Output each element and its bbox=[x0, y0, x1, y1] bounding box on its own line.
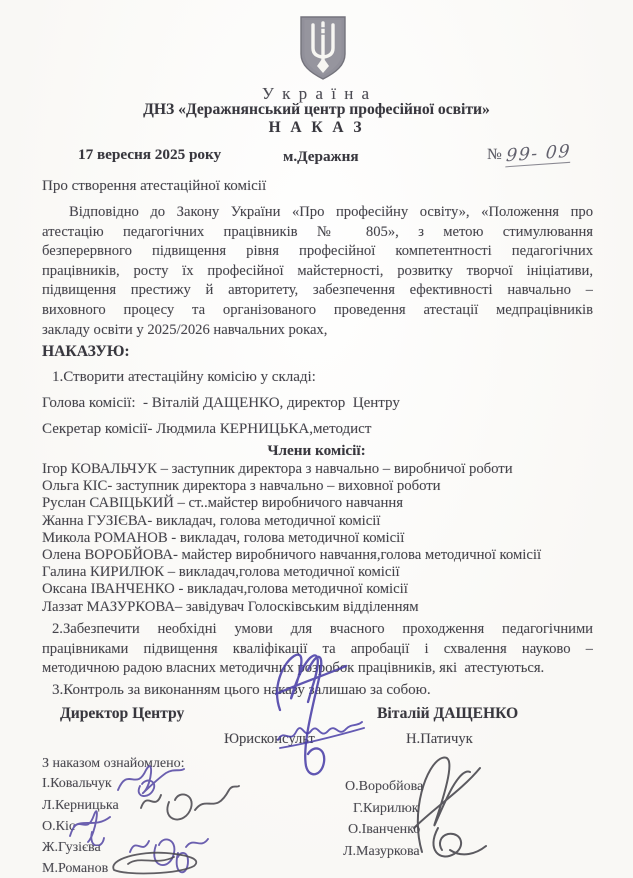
huzieva-signature bbox=[122, 826, 212, 874]
ack-name: М.Романов bbox=[42, 861, 108, 877]
commission-secretary-line: Секретар комісії- Людмила КЕРНИЦЬКА,мето… bbox=[42, 421, 371, 438]
order-item-3: 3.Контроль за виконанням цього наказу за… bbox=[42, 682, 431, 699]
item2-line: 2.Забезпечити необхідні умови для вчасно… bbox=[42, 620, 593, 640]
preamble-line: безперервного підвищення рівня професійн… bbox=[42, 242, 593, 262]
members-list: Ігор КОВАЛЬЧУК – заступник директора з н… bbox=[42, 461, 602, 616]
resolve-word: НАКАЗУЮ: bbox=[42, 343, 130, 361]
document-city: м.Деражня bbox=[283, 148, 359, 166]
item2-line: методичною радою власних методичних розр… bbox=[42, 659, 593, 679]
ack-name: І.Ковальчук bbox=[42, 776, 112, 792]
ack-name: Ж.Гузієва bbox=[42, 840, 101, 856]
subject-line: Про створення атестаційної комісії bbox=[42, 178, 266, 195]
member-line: Жанна ГУЗІЄВА- викладач, голова методичн… bbox=[42, 513, 602, 530]
member-line: Микола РОМАНОВ - викладач, голова методи… bbox=[42, 530, 602, 547]
order-number-handwritten: 99- 09 bbox=[505, 142, 571, 167]
preamble-line: атестацію педагогічних працівників № 805… bbox=[42, 223, 593, 243]
ukraine-trident-emblem-icon bbox=[294, 14, 352, 82]
member-line: Галина КИРИЛЮК – викладач,голова методич… bbox=[42, 564, 602, 581]
preamble-line: працівників, росту їх професійної майсте… bbox=[42, 262, 593, 282]
commission-chair-line: Голова комісії: - Віталій ДАЩЕНКО, дирек… bbox=[42, 395, 400, 412]
member-line: Олена ВОРОБЙОВА- майстер виробничого нав… bbox=[42, 547, 602, 564]
ack-name: О.Воробйова bbox=[345, 779, 423, 795]
romanov-signature bbox=[98, 846, 208, 878]
order-item-2: 2.Забезпечити необхідні умови для вчасно… bbox=[42, 620, 593, 679]
organization-name: ДНЗ «Деражнянський центр професійної осв… bbox=[0, 101, 633, 119]
ack-name: Г.Кирилюк bbox=[353, 801, 419, 817]
member-line: Руслан САВІЦЬКИЙ – ст..майстер виробничо… bbox=[42, 495, 602, 512]
member-line: Ігор КОВАЛЬЧУК – заступник директора з н… bbox=[42, 461, 602, 478]
member-line: Ольга КІС- заступник директора з навчаль… bbox=[42, 478, 602, 495]
kernytska-signature bbox=[133, 780, 248, 826]
preamble-line: закладу освіти у 2025/2026 навчальних ро… bbox=[42, 321, 593, 341]
scanned-order-document: У к р а ї н а ДНЗ «Деражнянський центр п… bbox=[0, 0, 633, 878]
member-line: Лаззат МАЗУРКОВА– завідувач Голосківськи… bbox=[42, 599, 602, 616]
ack-name: О.Кіс bbox=[42, 819, 75, 835]
item2-line: працівниками підвищення кваліфікації та … bbox=[42, 640, 593, 660]
preamble-line: Відповідно до Закону України «Про профес… bbox=[42, 203, 593, 223]
director-name: Віталій ДАЩЕНКО bbox=[377, 705, 518, 723]
preamble-paragraph: Відповідно до Закону України «Про профес… bbox=[42, 203, 593, 340]
number-sign: № bbox=[487, 146, 502, 163]
document-date: 17 вересня 2025 року bbox=[78, 146, 221, 164]
preamble-line: підвищення престижу й авторитету, забезп… bbox=[42, 281, 593, 301]
preamble-line: виховного процесу та організованого пров… bbox=[42, 301, 593, 321]
jurisconsult-label: Юрисконсульт bbox=[224, 731, 315, 748]
ack-name: Л.Мазуркова bbox=[343, 844, 420, 860]
jurisconsult-name: Н.Патичук bbox=[406, 731, 473, 748]
order-item-1: 1.Створити атестаційну комісію у складі: bbox=[52, 369, 316, 386]
acknowledge-label: З наказом ознайомлено: bbox=[42, 756, 184, 772]
members-heading: Члени комісії: bbox=[0, 442, 633, 460]
document-number: № 99- 09 bbox=[487, 144, 571, 164]
member-line: Оксана ІВАНЧЕНКО - викладач,голова метод… bbox=[42, 581, 602, 598]
ack-name: Л.Керницька bbox=[42, 798, 119, 814]
director-label: Директор Центру bbox=[60, 705, 184, 723]
document-type-title: Н А К А З bbox=[0, 119, 633, 137]
ack-name: О.Іванченко bbox=[348, 822, 420, 838]
